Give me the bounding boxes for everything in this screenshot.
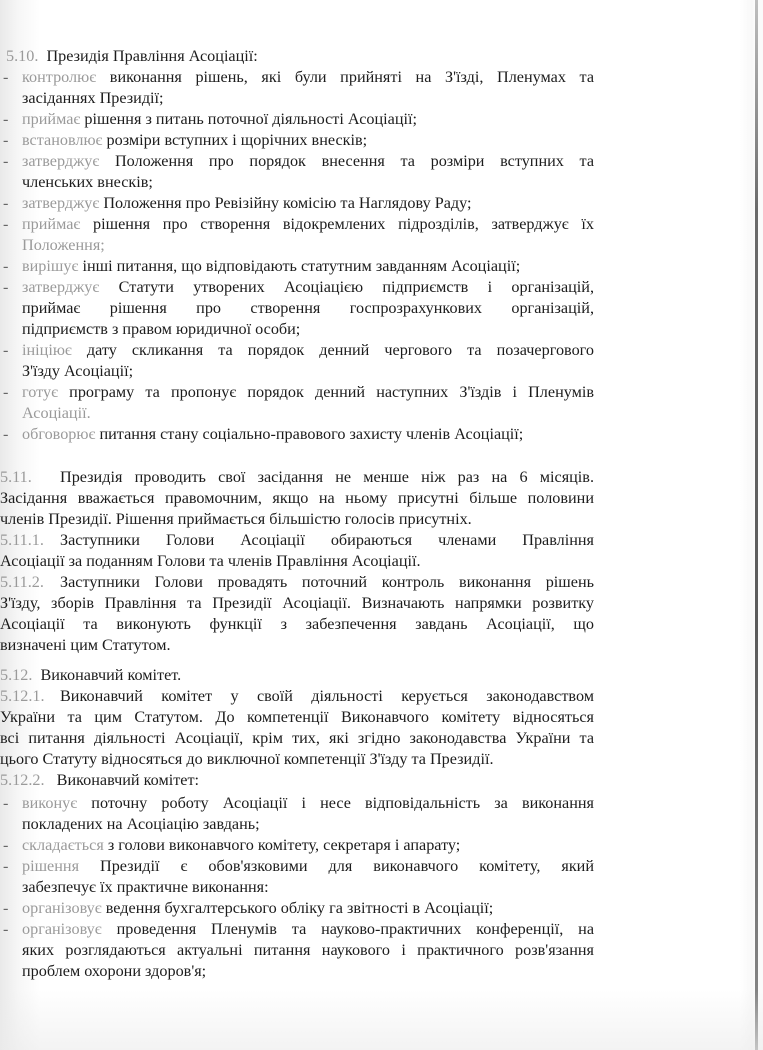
list-item-continuation: Асоціації.: [22, 403, 91, 423]
bullet-dash: -: [3, 340, 8, 360]
list-item: вирішує інші питання, що відповідають ст…: [22, 256, 520, 276]
bullet-dash: -: [3, 151, 8, 171]
list-item-continuation: покладених на Асоціацію завдань;: [22, 814, 260, 834]
bullet-dash: -: [3, 424, 8, 444]
list-item-continuation: засіданнях Президії;: [22, 88, 164, 108]
section-5-12-1-line: України та цим Статутом. До компетенції …: [0, 707, 594, 727]
bullet-dash: -: [3, 793, 8, 813]
list-item: виконує поточну роботу Асоціації і несе …: [22, 793, 594, 813]
scanned-page: 5.10. Президія Правління Асоціації: - ко…: [0, 0, 763, 1050]
section-number: 5.10.: [6, 47, 38, 65]
section-5-12-1-line: цього Статуту відносяться до виключної к…: [0, 749, 494, 769]
list-item: затверджує Положення про Ревізійну коміс…: [22, 193, 472, 213]
section-5-11-2-line: З'їзду, зборів Правління та Президії Асо…: [0, 593, 594, 613]
page-margin-strip: [758, 0, 763, 1050]
section-5-12-1-number: 5.12.1.: [0, 686, 45, 706]
section-5-12-heading: 5.12. Виконавчий комітет.: [0, 665, 181, 685]
section-5-11-line: Президія проводить свої засідання не мен…: [60, 467, 594, 487]
section-5-11-number: 5.11.: [0, 467, 32, 487]
list-item-continuation: яких розглядаються актуальні питання нау…: [22, 940, 594, 960]
list-item-continuation: З'їзду Асоціації;: [22, 361, 133, 381]
list-item: контролює виконання рішень, які були при…: [22, 67, 594, 87]
bullet-dash: -: [3, 130, 8, 150]
bullet-dash: -: [3, 214, 8, 234]
list-item: організовує ведення бухгалтерського облі…: [22, 898, 493, 918]
section-5-11-1-number: 5.11.1.: [0, 530, 44, 550]
list-item-continuation: проблем охорони здоров'я;: [22, 961, 206, 981]
section-5-12-1-line: Виконавчий комітет у своїй діяльності ке…: [60, 686, 594, 706]
bullet-dash: -: [3, 898, 8, 918]
list-item: приймає рішення про створення відокремле…: [22, 214, 594, 234]
page-bottom-shadow: [0, 990, 763, 1050]
list-item: складається з голови виконавчого комітет…: [22, 835, 460, 855]
list-item: обговорює питання стану соціально-правов…: [22, 424, 523, 444]
section-5-11-2-line: Асоціації та виконують функції з забезпе…: [0, 614, 594, 634]
list-item: приймає рішення з питань поточної діяльн…: [22, 109, 417, 129]
section-5-11-2-line: визначені цим Статутом.: [0, 635, 171, 655]
list-item: затверджує Статути утворених Асоціацією …: [22, 277, 594, 297]
bullet-dash: -: [3, 193, 8, 213]
section-title: Президія Правління Асоціації:: [46, 47, 257, 65]
list-item-continuation: забезпечує їх практичне виконання:: [22, 877, 269, 897]
bullet-dash: -: [3, 382, 8, 402]
bullet-dash: -: [3, 835, 8, 855]
list-item-continuation: Положення;: [22, 235, 105, 255]
section-5-11-line: Засідання вважається правомочним, якщо н…: [0, 488, 594, 508]
bullet-dash: -: [3, 277, 8, 297]
section-5-11-2-number: 5.11.2.: [0, 572, 44, 592]
list-item-continuation: членських внесків;: [22, 172, 153, 192]
list-item: рішення Президії є обов'язковими для вик…: [22, 856, 594, 876]
section-5-11-line: членів Президії. Рішення приймається біл…: [0, 509, 472, 529]
list-item: ініціює дату скликання та порядок денний…: [22, 340, 594, 360]
list-item: встановлює розміри вступних і щорічних в…: [22, 130, 367, 150]
section-5-12-1-line: всі питання діяльності Асоціації, крім т…: [0, 728, 594, 748]
list-item-continuation: приймає рішення про створення госпрозрах…: [22, 298, 594, 318]
bullet-dash: -: [3, 856, 8, 876]
list-item: затверджує Положення про порядок внесенн…: [22, 151, 594, 171]
section-5-11-1-line: Заступники Голови Асоціації обираються ч…: [60, 530, 594, 550]
section-5-11-2-line: Заступники Голови провадять поточний кон…: [60, 572, 594, 592]
list-item: організовує проведення Пленумів та науко…: [22, 919, 594, 939]
section-5-11-1-line: Асоціації за поданням Голови та членів П…: [0, 551, 421, 571]
bullet-dash: -: [3, 919, 8, 939]
bullet-dash: -: [3, 256, 8, 276]
list-item-continuation: підприємств з правом юридичної особи;: [22, 319, 300, 339]
bullet-dash: -: [3, 67, 8, 87]
list-item: готує програму та пропонує порядок денни…: [22, 382, 594, 402]
section-5-12-2-heading: 5.12.2. Виконавчий комітет:: [0, 770, 199, 790]
section-5-10-heading: 5.10. Президія Правління Асоціації:: [6, 46, 258, 66]
bullet-dash: -: [3, 109, 8, 129]
